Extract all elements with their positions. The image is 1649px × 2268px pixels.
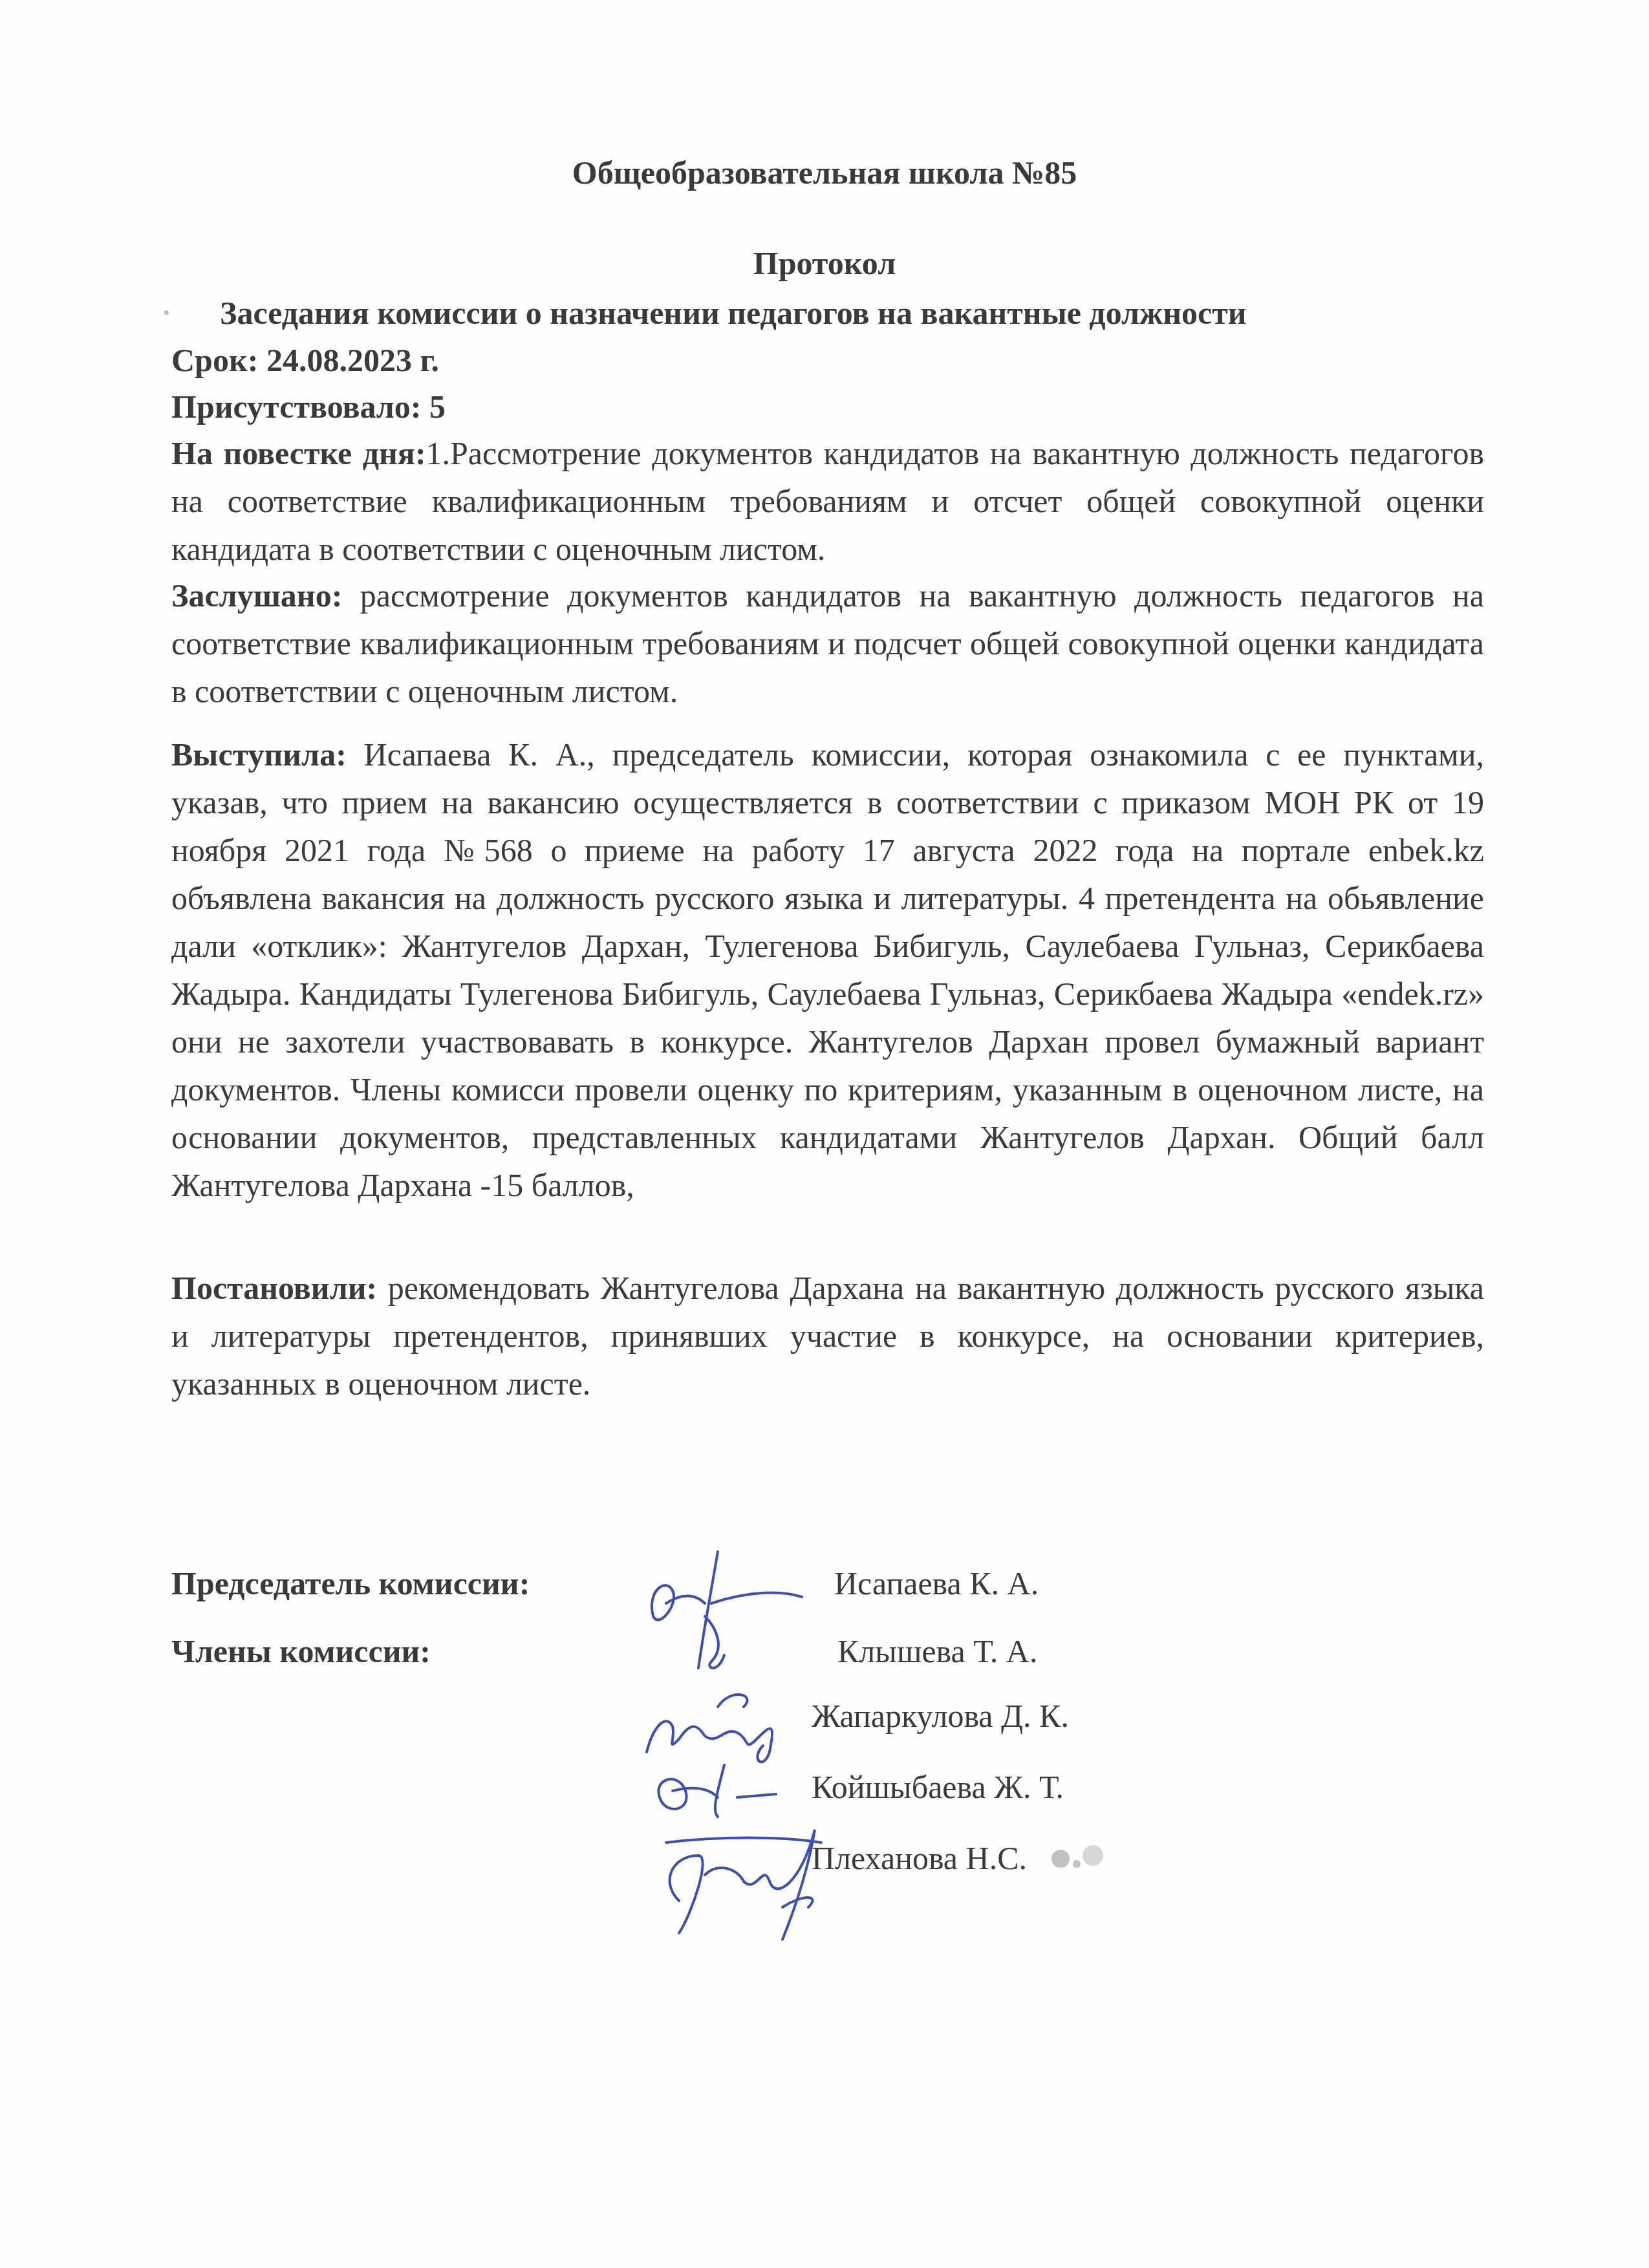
heard-text: рассмотрение документов кандидатов на ва… — [171, 577, 1484, 709]
signature-icon — [640, 1681, 808, 1765]
speaker-paragraph: Выступила: Исапаева К. А., председатель … — [171, 731, 1484, 1209]
session-title: Заседания комиссии о назначении педагого… — [220, 294, 1247, 332]
signatory-name: Исапаева К. А. — [834, 1565, 1039, 1602]
school-title: Общеобразовательная школа №85 — [0, 154, 1649, 191]
attendance-line: Присутствовало: 5 — [171, 388, 446, 425]
speaker-label: Выступила: — [171, 736, 347, 773]
date-line: Срок: 24.08.2023 г. — [171, 341, 439, 379]
signatory-name: Клышева Т. А. — [837, 1632, 1037, 1670]
signatory-name: Койшыбаева Ж. Т. — [812, 1768, 1064, 1806]
bullet-icon: • — [163, 303, 170, 325]
resolution-label: Постановили: — [171, 1270, 377, 1306]
members-label: Члены комиссии: — [171, 1632, 431, 1670]
document-type-heading: Протокол — [0, 244, 1649, 282]
agenda-paragraph: На повестке дня:1.Рассмотрение документо… — [171, 429, 1484, 573]
speaker-text: Исапаева К. А., председатель комиссии, к… — [171, 736, 1484, 1203]
chair-label: Председатель комиссии: — [171, 1565, 530, 1602]
heard-paragraph: Заслушано: рассмотрение документов канди… — [171, 572, 1484, 715]
stamp-smudge-icon — [1048, 1839, 1119, 1872]
signature-icon — [640, 1817, 854, 1946]
agenda-label: На повестке дня: — [171, 435, 426, 471]
signature-icon — [640, 1539, 847, 1681]
document-page: Общеобразовательная школа №85 Протокол •… — [0, 0, 1649, 2268]
signatory-name: Жапаркулова Д. К. — [812, 1697, 1069, 1735]
heard-label: Заслушано: — [171, 577, 342, 614]
resolution-paragraph: Постановили: рекомендовать Жантугелова Д… — [171, 1264, 1484, 1407]
